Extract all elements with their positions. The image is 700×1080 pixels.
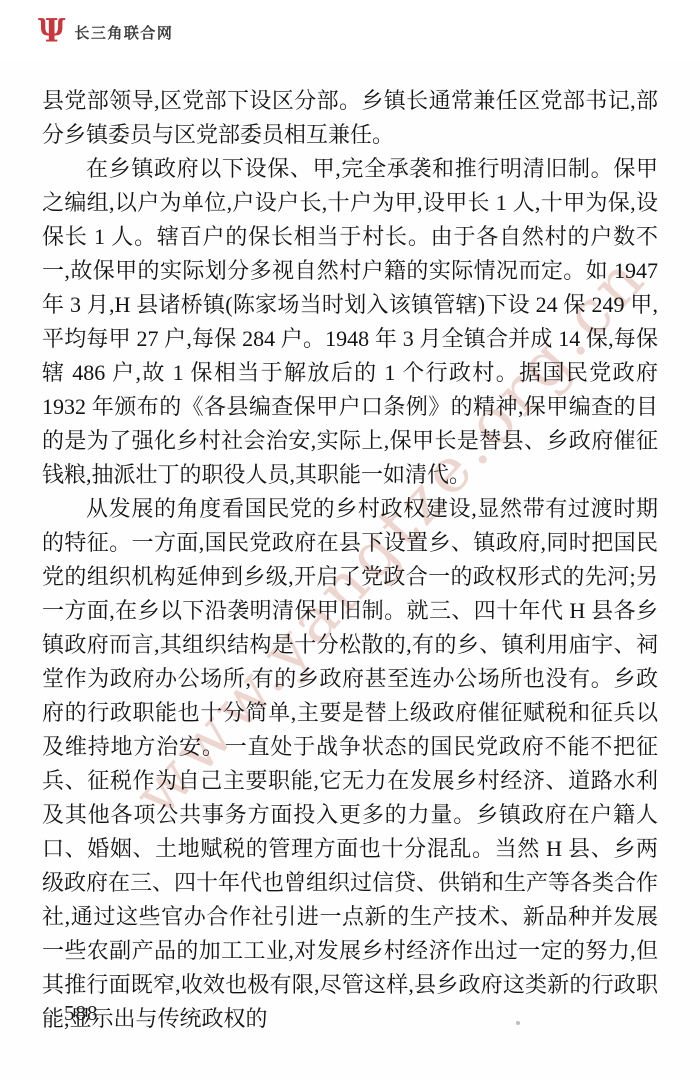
page-body-text: 县党部领导,区党部下设区分部。乡镇长通常兼任区党部书记,部分乡镇委员与区党部委员… [42,84,658,1036]
site-name-label: 长三角联合网 [74,22,173,43]
paragraph-development-view: 从发展的角度看国民党的乡村政权建设,显然带有过渡时期的特征。一方面,国民党政府在… [42,492,658,1036]
scanned-book-page: Ψ 长三角联合网 www.yangtze.org.cn 县党部领导,区党部下设区… [0,0,700,1080]
page-number: 588 [64,1001,99,1026]
site-header: Ψ 长三角联合网 [0,0,700,62]
paragraph-baojia-system: 在乡镇政府以下设保、甲,完全承袭和推行明清旧制。保甲之编组,以户为单位,户设户长… [42,152,658,492]
site-logo[interactable]: Ψ 长三角联合网 [38,17,173,47]
trident-logo-icon: Ψ [38,16,65,48]
paragraph-continuation: 县党部领导,区党部下设区分部。乡镇长通常兼任区党部书记,部分乡镇委员与区党部委员… [42,84,658,152]
